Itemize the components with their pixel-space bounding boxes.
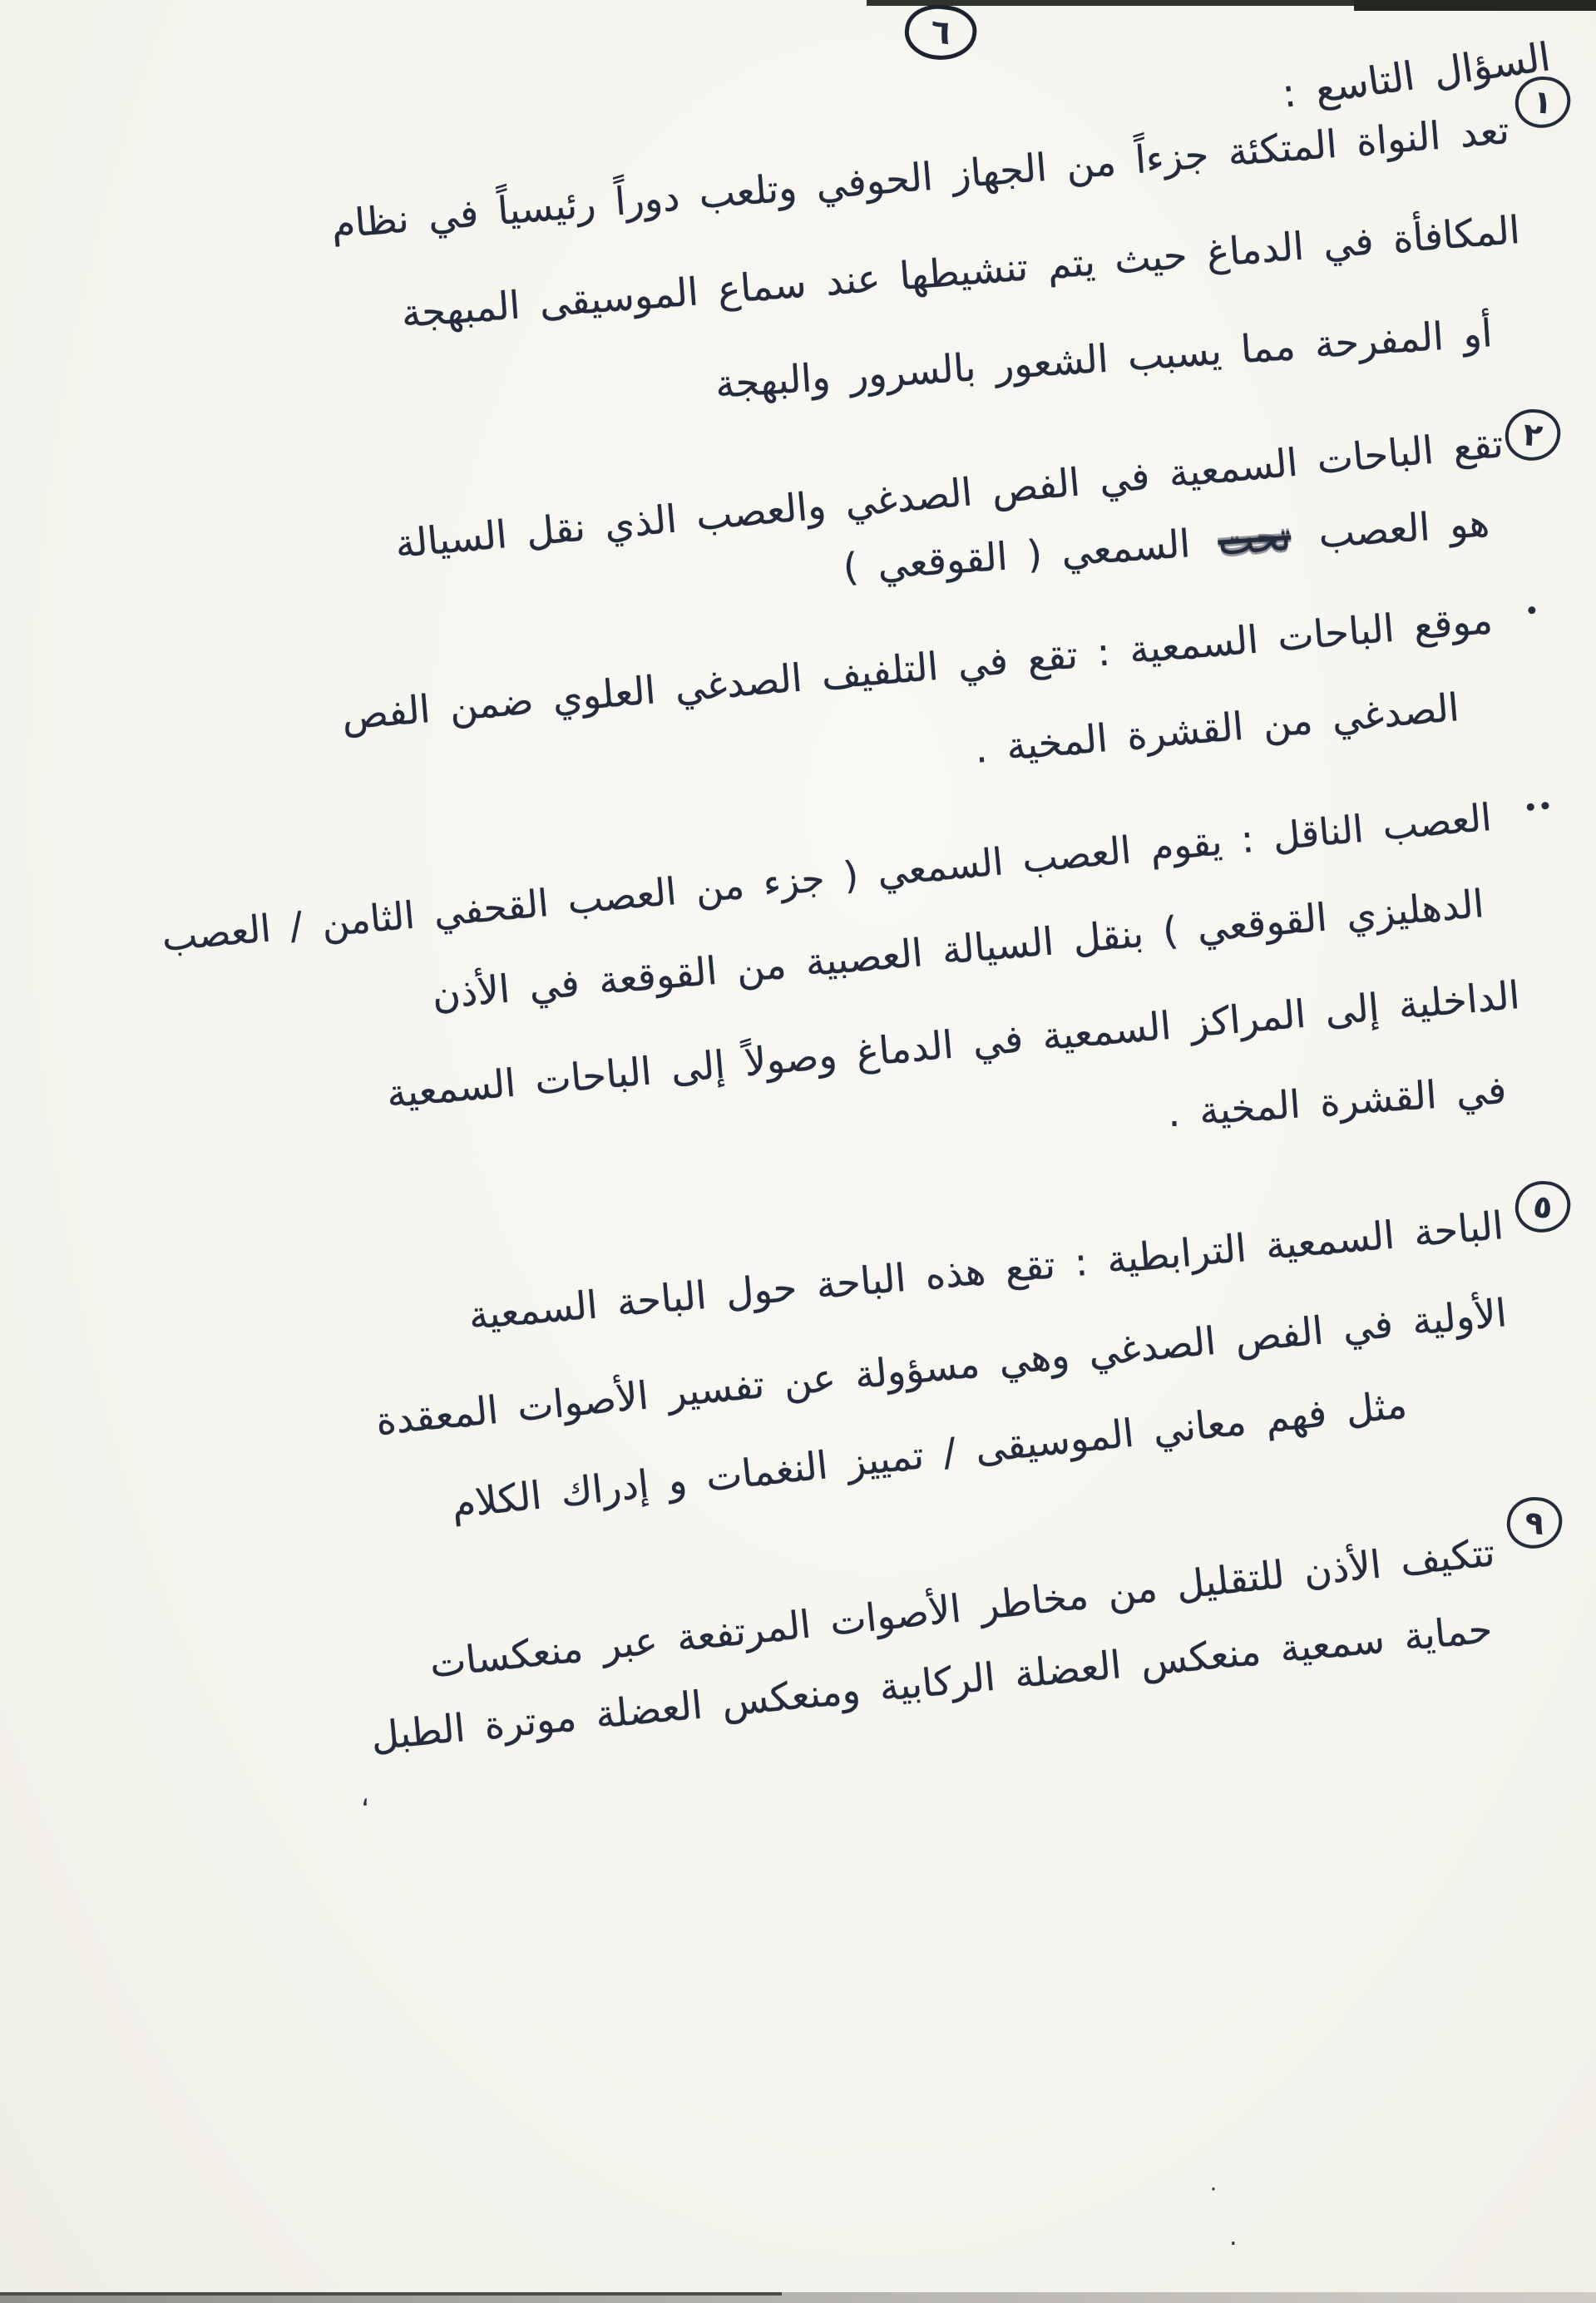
bullet-dots-icon: ••	[1522, 792, 1554, 823]
stray-ink-dot: ٠	[1208, 2176, 1219, 2201]
stray-ink-mark: ،	[357, 1779, 372, 1813]
page-number: ٦	[928, 12, 953, 53]
item-number-2: ٢	[1521, 416, 1544, 454]
item-marker-5: ٥	[1513, 1179, 1573, 1236]
item-marker-9: ٩	[1505, 1495, 1564, 1552]
crossed-out-word: تحت	[1217, 514, 1292, 564]
item2-line2-pre: هو العصب	[1317, 500, 1491, 556]
page-number-badge: ٦	[902, 1, 979, 64]
item1-line3: أو المفرحة مما يسبب الشعور بالسرور والبه…	[714, 309, 1494, 408]
item-marker-2: ٢	[1503, 407, 1563, 464]
item-number-1: ١	[1531, 83, 1554, 121]
stray-ink-dot-2: .	[1229, 2222, 1238, 2251]
bullet-nerve-line4: في القشرة المخية .	[1166, 1066, 1508, 1138]
question-title: السؤال التاسع :	[1279, 33, 1554, 119]
item-number-5: ٥	[1531, 1188, 1554, 1226]
scanned-notebook-page: ٦ السؤال التاسع : ١ تعد النواة المتكئة ج…	[0, 0, 1596, 2303]
scan-edge-top-corner	[1354, 0, 1596, 11]
item-number-9: ٩	[1523, 1504, 1546, 1542]
bullet-location-line2: الصدغي من القشرة المخية .	[972, 684, 1460, 773]
bullet-dot-icon: •	[1523, 596, 1540, 626]
item2-line2-post: السمعي ( القوقعي )	[842, 521, 1192, 590]
scan-edge-bottom-line	[0, 2292, 782, 2296]
